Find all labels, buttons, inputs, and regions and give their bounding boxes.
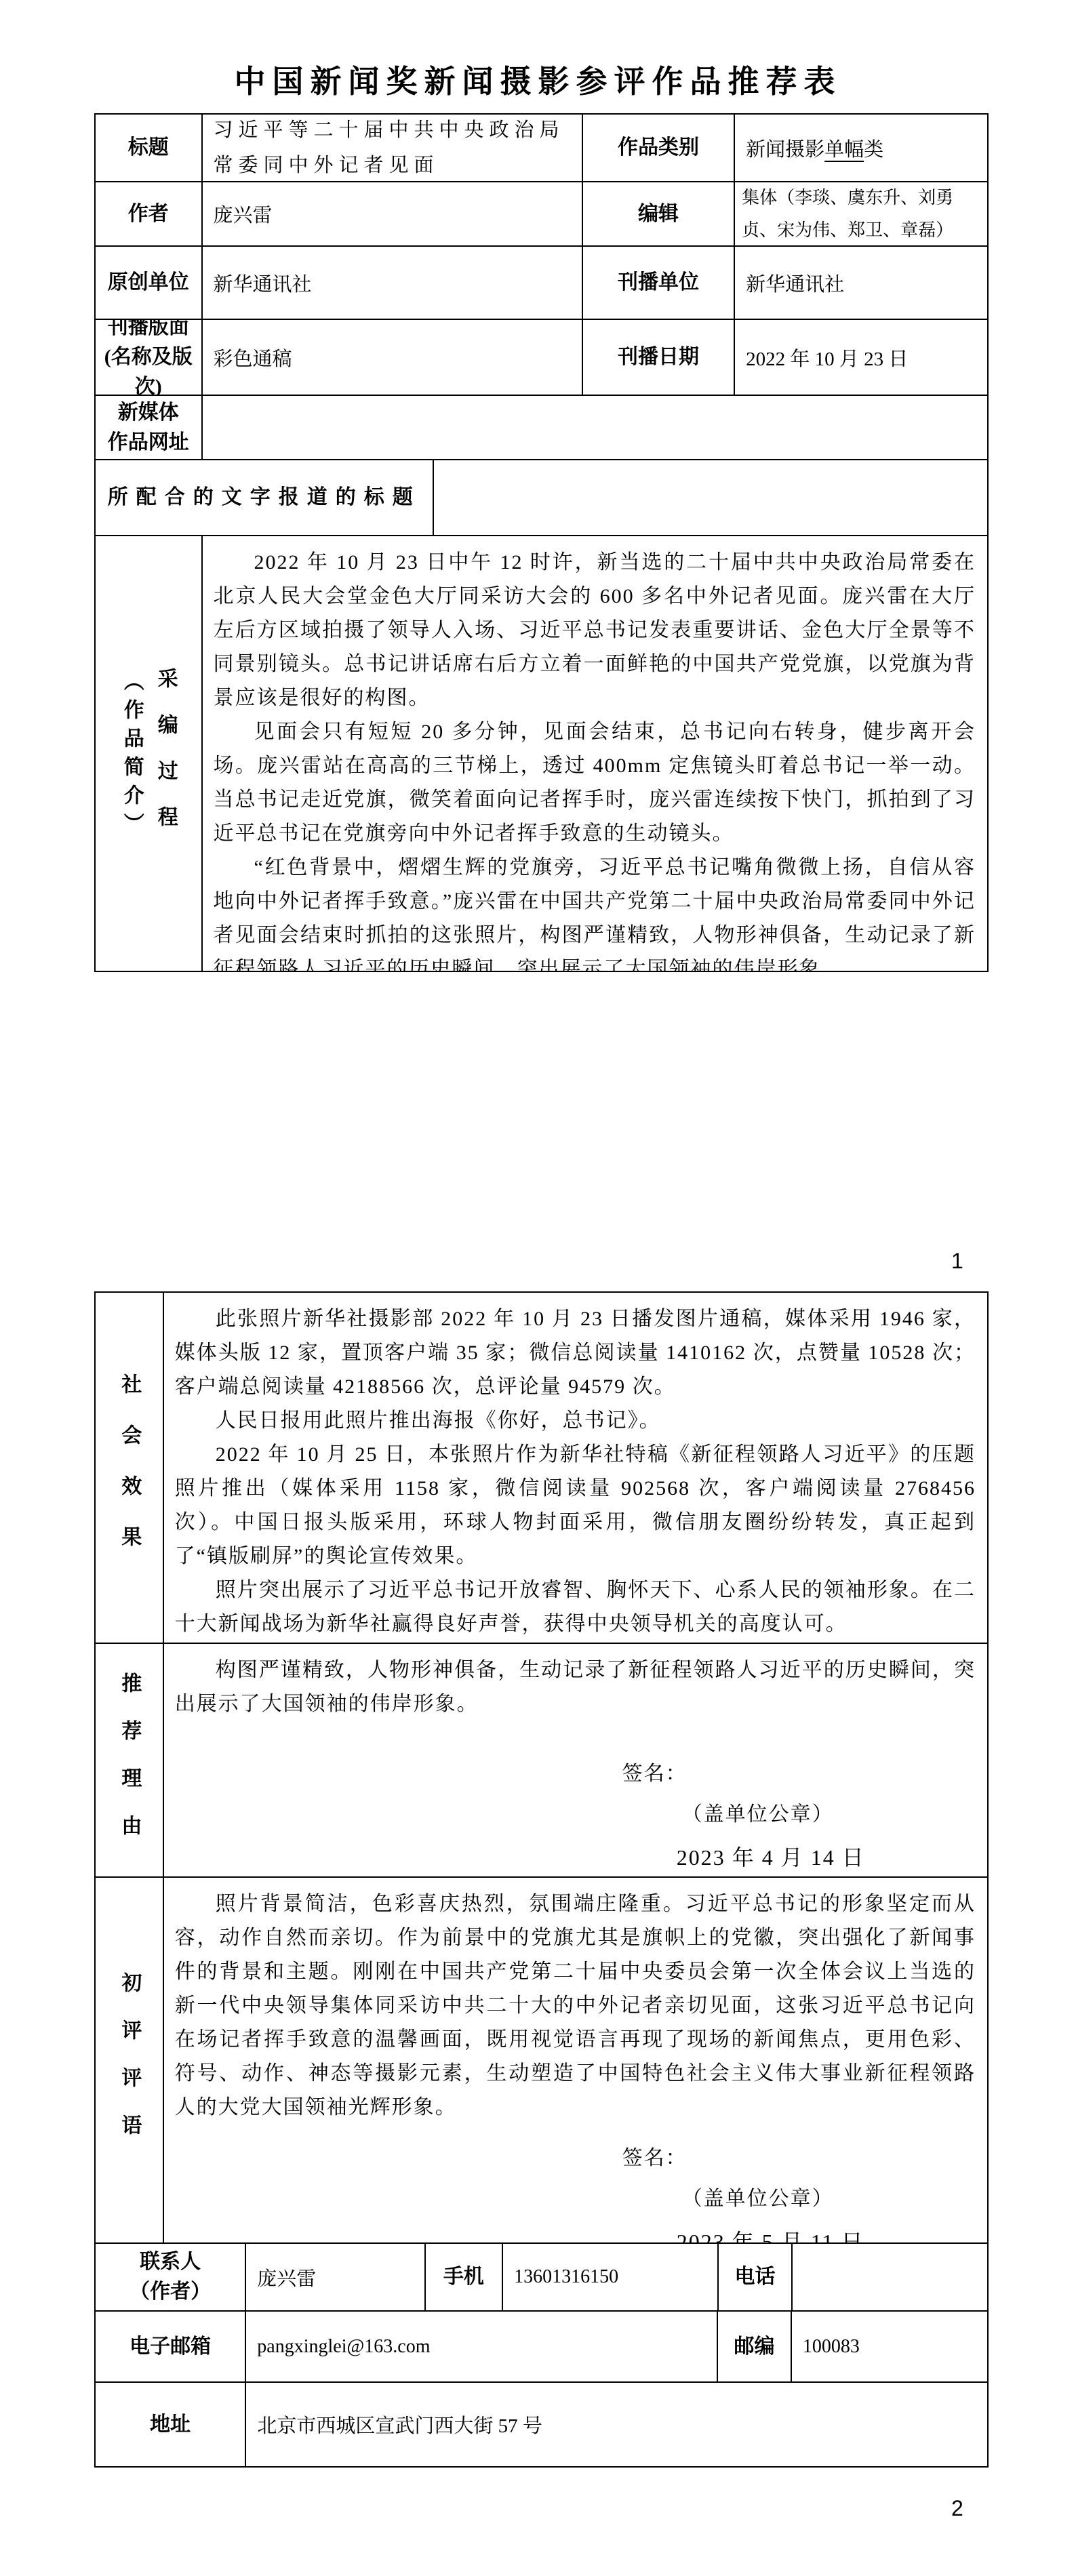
address-label: 地址 bbox=[96, 2383, 246, 2466]
table-row: 联系人 （作者） 庞兴雷 手机 13601316150 电话 bbox=[96, 2244, 987, 2312]
category-suffix: 类 bbox=[864, 134, 883, 162]
process-paragraph: 见面会只有短短 20 多分钟，见面会结束，总书记向右转身，健步离开会场。庞兴雷站… bbox=[214, 715, 976, 851]
category-prefix: 新闻摄影 bbox=[746, 134, 824, 162]
sign-label: 签名： bbox=[175, 2141, 976, 2171]
process-label: （作品简介） 采编过程 bbox=[96, 536, 201, 971]
contact-label: 联系人 （作者） bbox=[96, 2244, 246, 2312]
initial-review-sign-block: 签名： （盖单位公章） 2023 年 5 月 11 日 bbox=[175, 2141, 976, 2244]
initial-review-label: 初评评语 bbox=[114, 1958, 144, 2162]
table-row: （作品简介） 采编过程 2022 年 10 月 23 日中午 12 时许，新当选… bbox=[96, 536, 987, 971]
page2-table: 社会效果 此张照片新华社摄影部 2022 年 10 月 23 日播发图片通稿，媒… bbox=[94, 1291, 989, 2468]
email-label: 电子邮箱 bbox=[96, 2312, 246, 2383]
zip-label: 邮编 bbox=[718, 2312, 792, 2383]
process-label-side: （作品简介） bbox=[117, 666, 146, 841]
document-title: 中国新闻奖新闻摄影参评作品推荐表 bbox=[0, 57, 1076, 102]
origin-unit-value: 新华通讯社 bbox=[203, 247, 583, 320]
zip-value: 100083 bbox=[792, 2312, 987, 2383]
mobile-label: 手机 bbox=[426, 2244, 504, 2312]
social-effect-paragraph: 人民日报用此照片推出海报《你好，总书记》。 bbox=[175, 1404, 976, 1438]
process-content: 2022 年 10 月 23 日中午 12 时许，新当选的二十届中共中央政治局常… bbox=[203, 536, 987, 971]
title-label: 标题 bbox=[96, 115, 203, 182]
origin-unit-label: 原创单位 bbox=[96, 247, 203, 320]
page1-table: 标题 习近平等二十届中共中央政治局常委同中外记者见面 作品类别 新闻摄影 单幅 … bbox=[94, 113, 989, 972]
social-effect-content: 此张照片新华社摄影部 2022 年 10 月 23 日播发图片通稿，媒体采用 1… bbox=[164, 1293, 987, 1644]
category-label: 作品类别 bbox=[583, 115, 735, 182]
table-row: 电子邮箱 pangxinglei@163.com 邮编 100083 bbox=[96, 2312, 987, 2383]
initial-review-label-wrap: 初评评语 bbox=[96, 1878, 163, 2242]
text-report-label: 所配合的文字报道的标题 bbox=[96, 460, 434, 536]
table-row: 社会效果 此张照片新华社摄影部 2022 年 10 月 23 日播发图片通稿，媒… bbox=[96, 1293, 987, 1644]
process-paragraph: “红色背景中，熠熠生辉的党旗旁，习近平总书记嘴角微微上扬，自信从容地向中外记者挥… bbox=[214, 851, 976, 971]
table-row: 推荐理由 构图严谨精致，人物形神俱备，生动记录了新征程领路人习近平的历史瞬间，突… bbox=[96, 1644, 987, 1878]
recommendation-paragraph: 构图严谨精致，人物形神俱备，生动记录了新征程领路人习近平的历史瞬间，突出展示了大… bbox=[175, 1653, 976, 1721]
process-label-cell: （作品简介） 采编过程 bbox=[96, 536, 203, 971]
unit-stamp-note: （盖单位公章） bbox=[175, 1797, 976, 1827]
new-media-label-line1: 新媒体 bbox=[118, 398, 179, 428]
recommendation-content: 构图严谨精致，人物形神俱备，生动记录了新征程领路人习近平的历史瞬间，突出展示了大… bbox=[164, 1644, 987, 1878]
author-label: 作者 bbox=[96, 182, 203, 247]
publish-unit-label: 刊播单位 bbox=[583, 247, 735, 320]
new-media-label-line2: 作品网址 bbox=[108, 428, 189, 458]
social-effect-label-cell: 社会效果 bbox=[96, 1293, 164, 1644]
recommendation-label-wrap: 推荐理由 bbox=[96, 1644, 163, 1876]
social-effect-label-wrap: 社会效果 bbox=[96, 1293, 163, 1643]
new-media-label: 新媒体 作品网址 bbox=[96, 396, 203, 460]
phone-label: 电话 bbox=[719, 2244, 793, 2312]
document-sheet: 中国新闻奖新闻摄影参评作品推荐表 标题 习近平等二十届中共中央政治局常委同中外记… bbox=[0, 0, 1076, 2576]
editor-value: 集体（李琰、虞东升、刘勇贞、宋为伟、郑卫、章磊） bbox=[735, 182, 987, 247]
category-underlined: 单幅 bbox=[824, 134, 864, 162]
email-value: pangxinglei@163.com bbox=[246, 2312, 718, 2383]
contact-value: 庞兴雷 bbox=[246, 2244, 425, 2312]
address-value: 北京市西城区宣武门西大街 57 号 bbox=[246, 2383, 987, 2466]
phone-value bbox=[793, 2244, 987, 2312]
table-row: 原创单位 新华通讯社 刊播单位 新华通讯社 bbox=[96, 247, 987, 320]
contact-label-line2: （作者） bbox=[129, 2277, 211, 2307]
category-value: 新闻摄影 单幅 类 bbox=[735, 115, 987, 182]
text-report-value bbox=[434, 460, 987, 536]
social-effect-paragraph: 此张照片新华社摄影部 2022 年 10 月 23 日播发图片通稿，媒体采用 1… bbox=[175, 1302, 976, 1404]
social-effect-paragraph: 照片突出展示了习近平总书记开放睿智、胸怀天下、心系人民的领袖形象。在二十大新闻战… bbox=[175, 1573, 976, 1641]
new-media-value bbox=[203, 396, 987, 460]
initial-review-paragraph: 照片背景简洁，色彩喜庆热烈，氛围端庄隆重。习近平总书记的形象坚定而从容，动作自然… bbox=[175, 1887, 976, 2125]
publish-date-value: 2022 年 10 月 23 日 bbox=[735, 320, 987, 396]
layout-label: 刊播版面 (名称及版次) bbox=[96, 320, 203, 396]
table-row: 作者 庞兴雷 编辑 集体（李琰、虞东升、刘勇贞、宋为伟、郑卫、章磊） bbox=[96, 182, 987, 247]
initial-review-content: 照片背景简洁，色彩喜庆热烈，氛围端庄隆重。习近平总书记的形象坚定而从容，动作自然… bbox=[164, 1878, 987, 2244]
table-row: 新媒体 作品网址 bbox=[96, 396, 987, 460]
table-row: 所配合的文字报道的标题 bbox=[96, 460, 987, 536]
mobile-value: 13601316150 bbox=[503, 2244, 719, 2312]
sign-date: 2023 年 5 月 11 日 bbox=[175, 2225, 976, 2244]
table-row: 地址 北京市西城区宣武门西大街 57 号 bbox=[96, 2383, 987, 2466]
recommendation-label-cell: 推荐理由 bbox=[96, 1644, 164, 1878]
social-effect-paragraph: 2022 年 10 月 25 日，本张照片作为新华社特稿《新征程领路人习近平》的… bbox=[175, 1438, 976, 1573]
publish-unit-value: 新华通讯社 bbox=[735, 247, 987, 320]
table-row: 初评评语 照片背景简洁，色彩喜庆热烈，氛围端庄隆重。习近平总书记的形象坚定而从容… bbox=[96, 1878, 987, 2244]
recommendation-label: 推荐理由 bbox=[114, 1659, 144, 1862]
table-row: 刊播版面 (名称及版次) 彩色通稿 刊播日期 2022 年 10 月 23 日 bbox=[96, 320, 987, 396]
layout-value: 彩色通稿 bbox=[203, 320, 583, 396]
sign-date: 2023 年 4 月 14 日 bbox=[175, 1840, 976, 1872]
page1-number: 1 bbox=[951, 1249, 963, 1274]
unit-stamp-note: （盖单位公章） bbox=[175, 2181, 976, 2211]
editor-label: 编辑 bbox=[583, 182, 735, 247]
publish-date-label: 刊播日期 bbox=[583, 320, 735, 396]
process-label-main: 采编过程 bbox=[151, 655, 180, 852]
process-paragraph: 2022 年 10 月 23 日中午 12 时许，新当选的二十届中共中央政治局常… bbox=[214, 546, 976, 715]
contact-label-line1: 联系人 bbox=[140, 2247, 201, 2277]
social-effect-label: 社会效果 bbox=[114, 1359, 144, 1577]
sign-label: 签名： bbox=[175, 1756, 976, 1786]
layout-label-line1: 刊播版面 bbox=[108, 320, 189, 342]
layout-label-line2: (名称及版次) bbox=[96, 342, 201, 396]
initial-review-label-cell: 初评评语 bbox=[96, 1878, 164, 2244]
table-row: 标题 习近平等二十届中共中央政治局常委同中外记者见面 作品类别 新闻摄影 单幅 … bbox=[96, 115, 987, 182]
title-value: 习近平等二十届中共中央政治局常委同中外记者见面 bbox=[203, 115, 583, 182]
recommendation-sign-block: 签名： （盖单位公章） 2023 年 4 月 14 日 bbox=[175, 1756, 976, 1872]
page2-number: 2 bbox=[951, 2496, 963, 2521]
author-value: 庞兴雷 bbox=[203, 182, 583, 247]
